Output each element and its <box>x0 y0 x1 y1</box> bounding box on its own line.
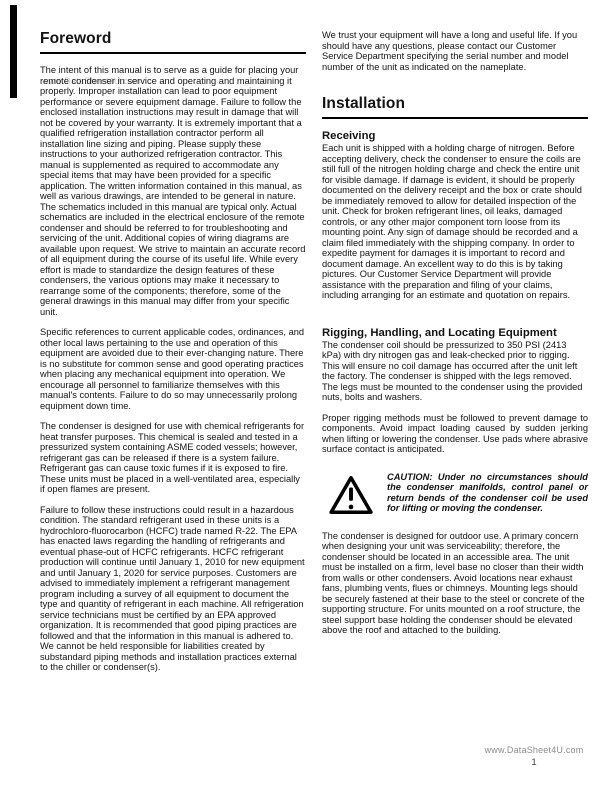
page-footer: www.DataSheet4U.com 1 <box>454 745 612 768</box>
page-number: 1 <box>454 757 612 768</box>
outdoor-paragraph: The condenser is designed for outdoor us… <box>322 531 588 636</box>
warning-triangle-icon <box>328 474 374 516</box>
rigging-paragraph-1: The condenser coil should be pressurized… <box>322 340 588 403</box>
foreword-paragraph-3: The condenser is designed for use with c… <box>40 421 306 495</box>
intro-paragraph: We trust your equipment will have a long… <box>322 30 588 72</box>
rigging-paragraph-2: Proper rigging methods must be followed … <box>322 413 588 455</box>
foreword-heading-rule: Foreword <box>40 30 306 54</box>
foreword-paragraph-1: The intent of this manual is to serve as… <box>40 65 306 317</box>
foreword-paragraph-2: Specific references to current applicabl… <box>40 327 306 411</box>
caution-note: CAUTION: Under no circumstances should t… <box>328 472 588 516</box>
manual-page: www.DataSheet4U.com Foreword The intent … <box>0 0 612 792</box>
scan-artifact-bar <box>10 5 17 98</box>
rigging-subheading: Rigging, Handling, and Locating Equipmen… <box>322 327 588 340</box>
footer-site-text: www.DataSheet4U.com <box>454 745 612 755</box>
right-column: We trust your equipment will have a long… <box>322 30 588 646</box>
receiving-subheading: Receiving <box>322 130 588 143</box>
left-column: Foreword The intent of this manual is to… <box>40 30 306 683</box>
installation-heading-rule: Installation <box>322 95 588 119</box>
foreword-paragraph-4: Failure to follow these instructions cou… <box>40 505 306 673</box>
receiving-paragraph: Each unit is shipped with a holding char… <box>322 143 588 301</box>
caution-text: CAUTION: Under no circumstances should t… <box>387 472 588 514</box>
foreword-heading: Foreword <box>40 30 306 47</box>
installation-heading: Installation <box>322 95 588 112</box>
